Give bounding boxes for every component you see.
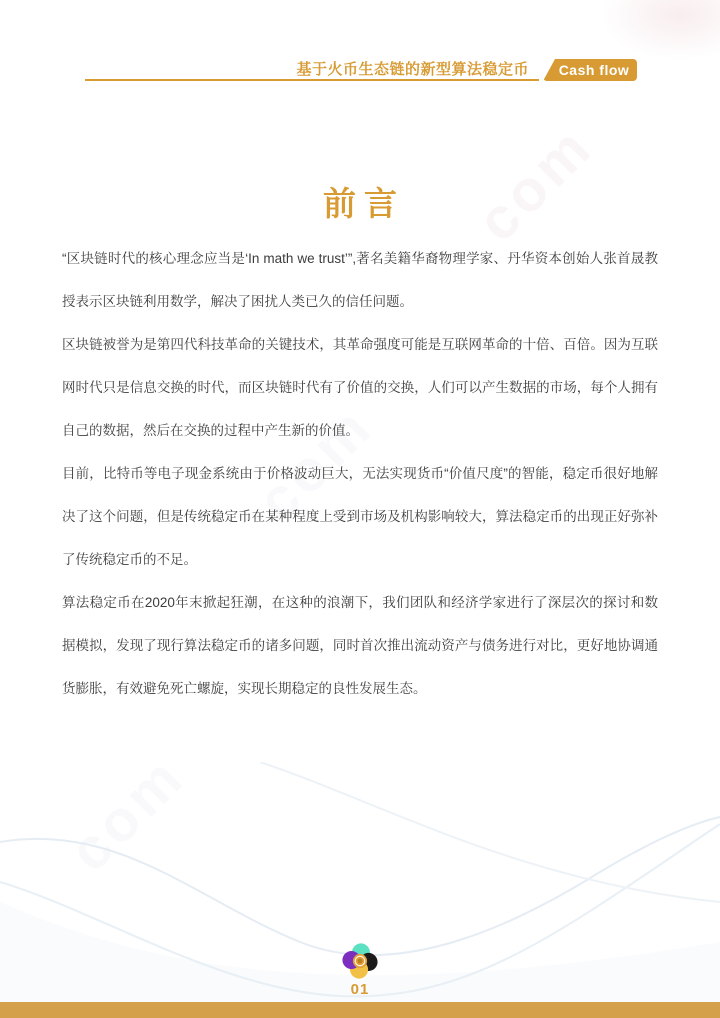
pinwheel-logo <box>341 942 379 980</box>
preface-content: “区块链时代的核心理念应当是‘In math we trust’”,著名美籍华裔… <box>62 237 658 710</box>
bottom-gold-bar <box>0 1002 720 1018</box>
page-footer: 01 <box>0 942 720 998</box>
document-page: com com com 基于火币生态链的新型算法稳定币 Cash flow 前言… <box>0 0 720 1018</box>
page-header: 基于火币生态链的新型算法稳定币 Cash flow <box>85 59 637 81</box>
paragraph-1: “区块链时代的核心理念应当是‘In math we trust’”,著名美籍华裔… <box>62 237 658 323</box>
page-number: 01 <box>0 981 720 998</box>
paragraph-3: 目前，比特币等电子现金系统由于价格波动巨大，无法实现货币“价值尺度”的智能，稳定… <box>62 452 658 581</box>
paragraph-4: 算法稳定币在2020年末掀起狂潮，在这种的浪潮下，我们团队和经济学家进行了深层次… <box>62 581 658 710</box>
page-title: 前言 <box>0 178 720 225</box>
corner-glow-decoration <box>600 0 720 60</box>
watermark: com <box>56 742 198 884</box>
brand-badge: Cash flow <box>543 59 637 81</box>
header-doc-title: 基于火币生态链的新型算法稳定币 <box>296 60 529 79</box>
header-rule: 基于火币生态链的新型算法稳定币 <box>85 59 539 81</box>
paragraph-2: 区块链被誉为是第四代科技革命的关键技术，其革命强度可能是互联网革命的十倍、百倍。… <box>62 323 658 452</box>
brand-badge-label: Cash flow <box>551 62 630 78</box>
